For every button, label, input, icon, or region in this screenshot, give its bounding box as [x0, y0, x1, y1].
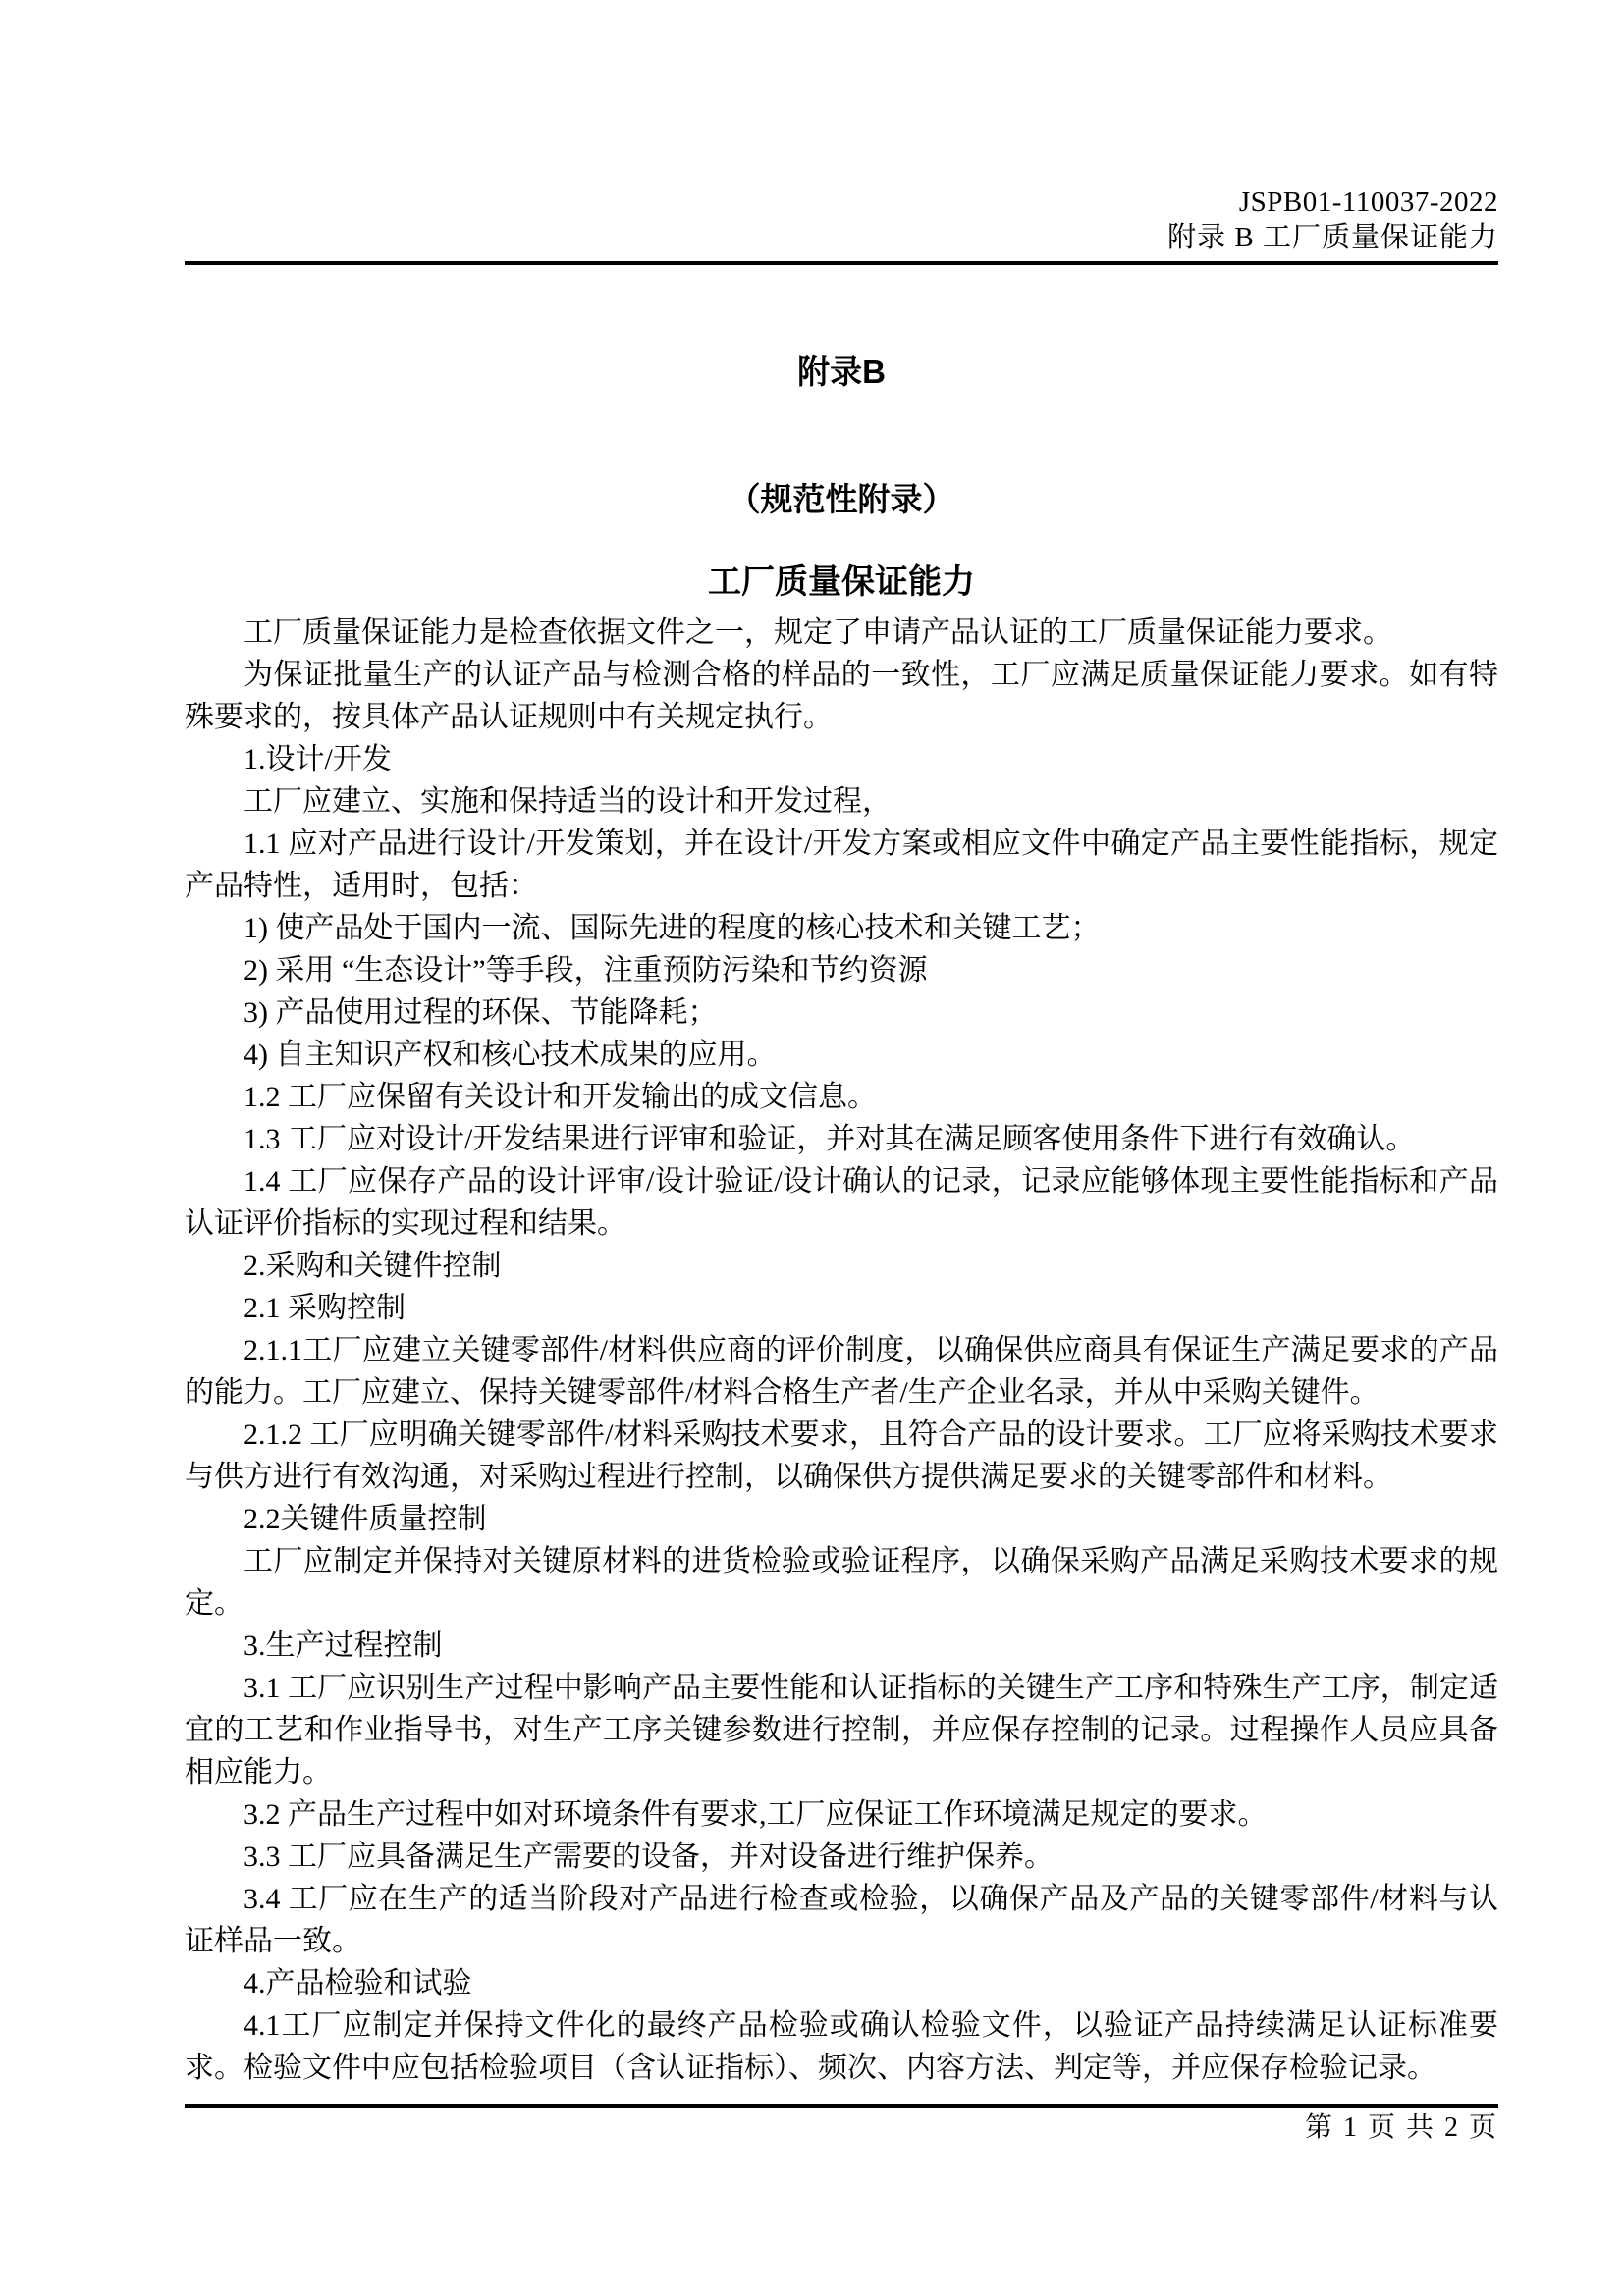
list-item-2: 2) 采用 “生态设计”等手段，注重预防污染和节约资源 [185, 949, 1498, 991]
paragraph-3-1: 3.1 工厂应识别生产过程中影响产品主要性能和认证指标的关键生产工序和特殊生产工… [185, 1667, 1498, 1793]
page-footer: 第 1 页 共 2 页 [185, 2104, 1498, 2145]
paragraph-consistency: 为保证批量生产的认证产品与检测合格的样品的一致性，工厂应满足质量保证能力要求。如… [185, 654, 1498, 738]
paragraph-2-1-1: 2.1.1工厂应建立关键零部件/材料供应商的评价制度，以确保供应商具有保证生产满… [185, 1329, 1498, 1414]
document-body: 工厂质量保证能力是检查依据文件之一，规定了申请产品认证的工厂质量保证能力要求。 … [185, 612, 1498, 2089]
header-appendix-title: 附录 B 工厂质量保证能力 [185, 220, 1498, 255]
heading-section-2: 2.采购和关键件控制 [185, 1245, 1498, 1287]
paragraph-2-1-2: 2.1.2 工厂应明确关键零部件/材料采购技术要求，且符合产品的设计要求。工厂应… [185, 1414, 1498, 1498]
main-title: 工厂质量保证能力 [185, 565, 1498, 600]
list-item-4: 4) 自主知识产权和核心技术成果的应用。 [185, 1034, 1498, 1076]
paragraph-3-3: 3.3 工厂应具备满足生产需要的设备，并对设备进行维护保养。 [185, 1836, 1498, 1878]
paragraph-3-4: 3.4 工厂应在生产的适当阶段对产品进行检查或检验，以确保产品及产品的关键零部件… [185, 1878, 1498, 1962]
paragraph-1-4: 1.4 工厂应保存产品的设计评审/设计验证/设计确认的记录，记录应能够体现主要性… [185, 1160, 1498, 1245]
paragraph-3-2: 3.2 产品生产过程中如对环境条件有要求,工厂应保证工作环境满足规定的要求。 [185, 1793, 1498, 1836]
heading-section-2-1: 2.1 采购控制 [185, 1287, 1498, 1329]
heading-section-1: 1.设计/开发 [185, 738, 1498, 780]
normative-subtitle: （规范性附录） [185, 483, 1498, 516]
header-divider [185, 261, 1498, 265]
document-number: JSPB01-110037-2022 [185, 185, 1498, 220]
heading-section-3: 3.生产过程控制 [185, 1625, 1498, 1667]
appendix-title: 附录B [185, 355, 1498, 389]
paragraph-intro: 工厂质量保证能力是检查依据文件之一，规定了申请产品认证的工厂质量保证能力要求。 [185, 612, 1498, 654]
page-number: 第 1 页 共 2 页 [185, 2111, 1498, 2145]
footer-divider [185, 2104, 1498, 2108]
paragraph-1-3: 1.3 工厂应对设计/开发结果进行评审和验证，并对其在满足顾客使用条件下进行有效… [185, 1118, 1498, 1160]
list-item-3: 3) 产品使用过程的环保、节能降耗； [185, 991, 1498, 1034]
heading-section-4: 4.产品检验和试验 [185, 1962, 1498, 2004]
paragraph-2-2: 工厂应制定并保持对关键原材料的进货检验或验证程序，以确保采购产品满足采购技术要求… [185, 1540, 1498, 1625]
page-header: JSPB01-110037-2022 附录 B 工厂质量保证能力 [185, 0, 1498, 265]
paragraph-4-1: 4.1工厂应制定并保持文件化的最终产品检验或确认检验文件，以验证产品持续满足认证… [185, 2004, 1498, 2089]
document-page: JSPB01-110037-2022 附录 B 工厂质量保证能力 附录B （规范… [0, 0, 1624, 2296]
paragraph-1-intro: 工厂应建立、实施和保持适当的设计和开发过程， [185, 780, 1498, 823]
paragraph-1-2: 1.2 工厂应保留有关设计和开发输出的成文信息。 [185, 1076, 1498, 1118]
list-item-1: 1) 使产品处于国内一流、国际先进的程度的核心技术和关键工艺； [185, 907, 1498, 949]
paragraph-1-1: 1.1 应对产品进行设计/开发策划，并在设计/开发方案或相应文件中确定产品主要性… [185, 823, 1498, 907]
heading-section-2-2: 2.2关键件质量控制 [185, 1498, 1498, 1540]
